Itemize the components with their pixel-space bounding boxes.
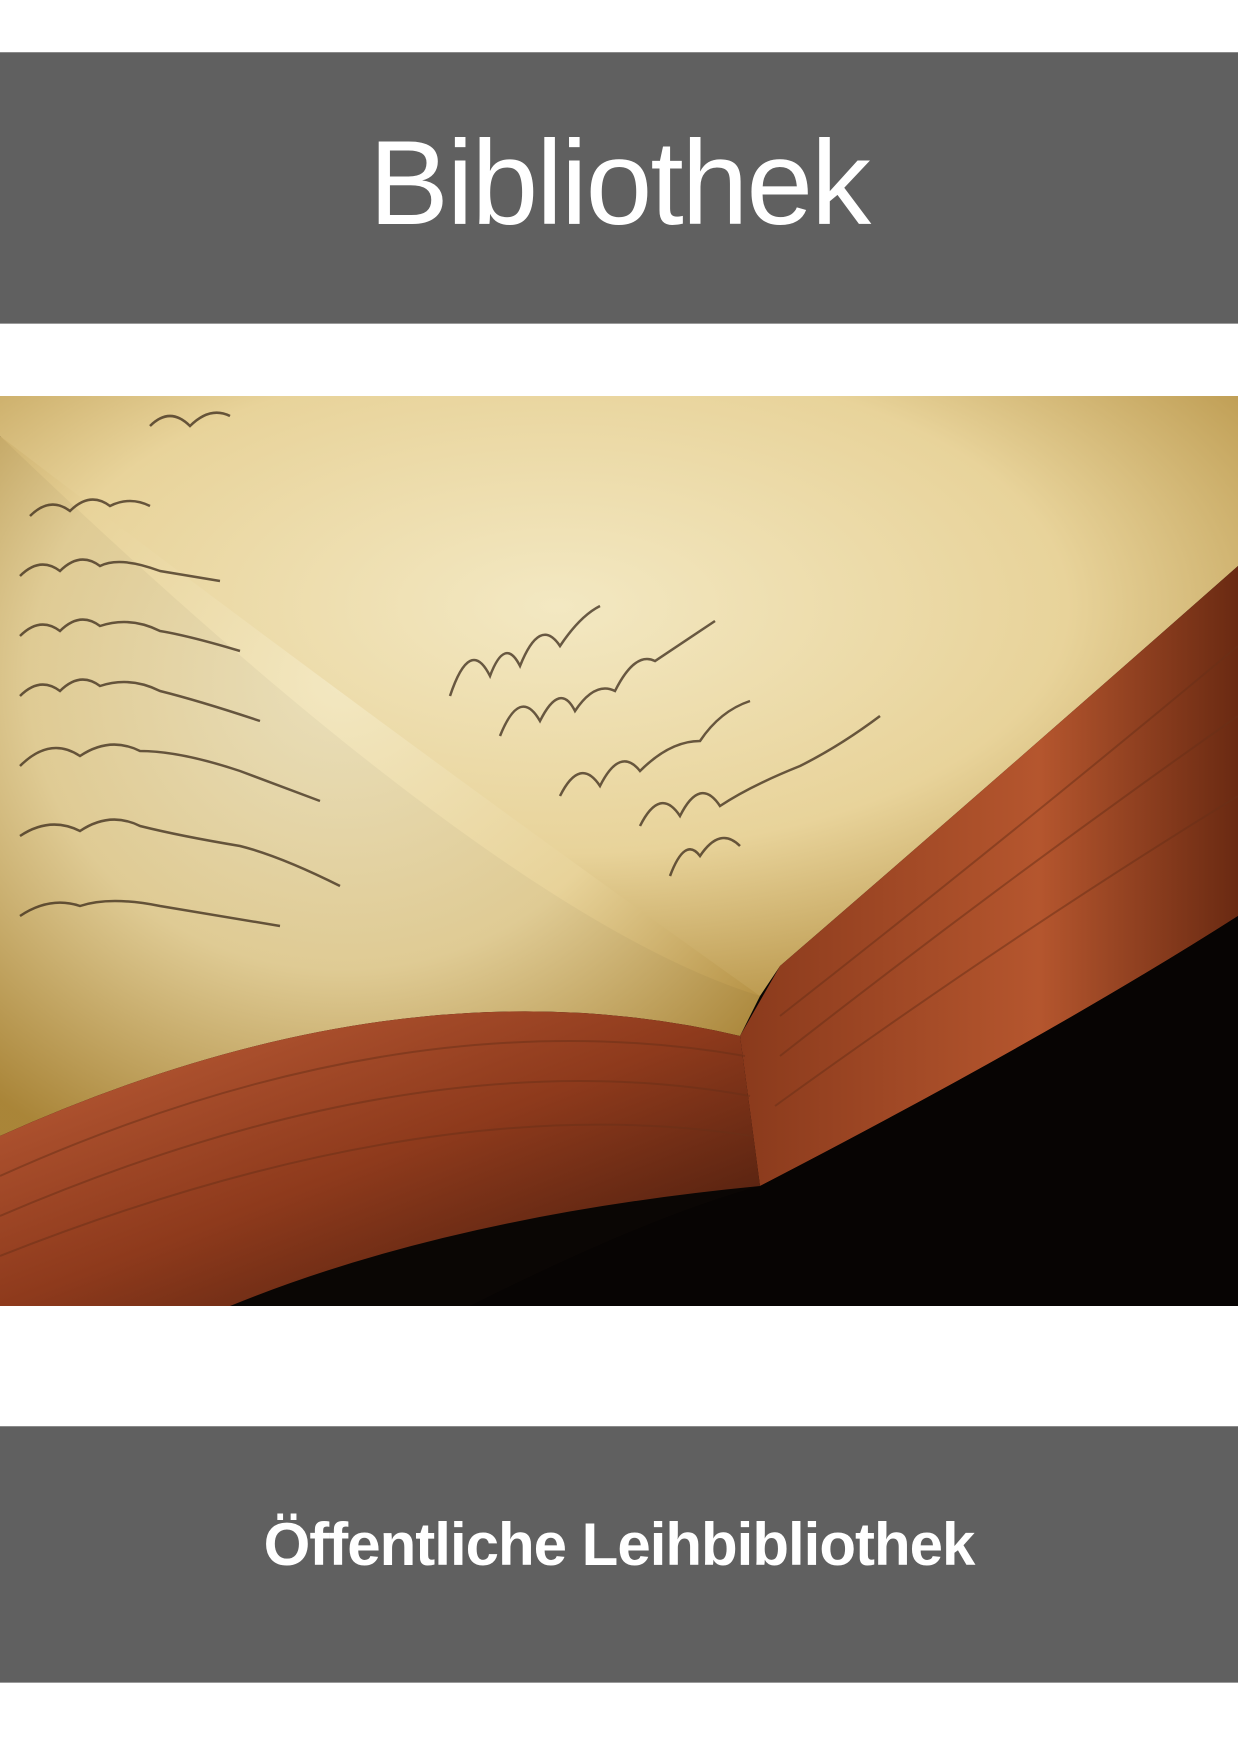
title-band: Bibliothek <box>0 52 1238 324</box>
open-book-illustration <box>0 396 1238 1306</box>
page-subtitle: Öffentliche Leihbibliothek <box>264 1510 975 1579</box>
book-photo <box>0 396 1238 1306</box>
page-title: Bibliothek <box>369 114 869 252</box>
subtitle-band: Öffentliche Leihbibliothek <box>0 1426 1238 1683</box>
